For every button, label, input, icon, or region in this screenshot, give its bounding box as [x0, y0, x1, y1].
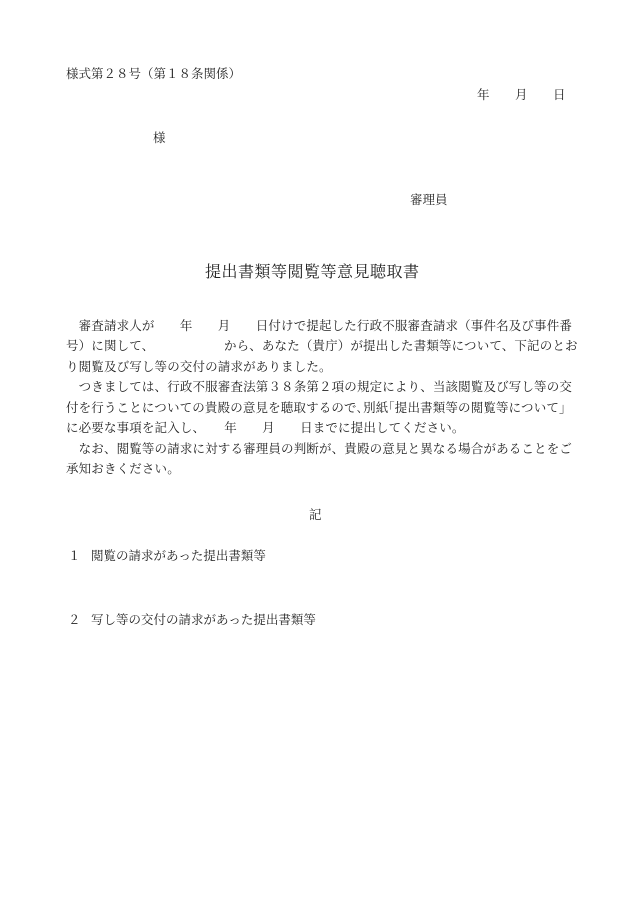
item-label: 閲覧の請求があった提出書類等 [91, 548, 266, 563]
body-line: 審査請求人が 年 月 日付けで提起した行政不服審査請求（事件名及び事件番 [66, 318, 572, 334]
body-line: 号）に関して、 から、あなた（貴庁）が提出した書類等について、下記のとお [66, 338, 578, 354]
body-line: り閲覧及び写し等の交付の請求がありました。 [66, 359, 332, 375]
date-month-label: 月 [515, 87, 528, 102]
body-line: なお、閲覧等の請求に対する審理員の判断が、貴殿の意見と異なる場合があることをご [66, 441, 572, 457]
document-title: 提出書類等閲覧等意見聴取書 [205, 262, 420, 282]
recipient-suffix: 様 [153, 130, 166, 145]
body-line: つきましては、行政不服審査法第３８条第２項の規定により、当該閲覧及び写し等の交 [66, 379, 572, 395]
item-label: 写し等の交付の請求があった提出書類等 [91, 612, 316, 627]
sender-title: 審理員 [410, 192, 448, 207]
date-year-label: 年 [477, 87, 490, 102]
form-number: 様式第２８号（第１８条関係） [66, 66, 241, 81]
item-number: ２ [68, 612, 81, 627]
body-line: 付を行うことについての貴殿の意見を聴取するので､別紙｢提出書類等の閲覧等について… [66, 400, 565, 416]
body-line: に必要な事項を記入し、 年 月 日までに提出してください。 [66, 420, 465, 436]
item-number: １ [68, 548, 81, 563]
body-line: 承知おきください。 [66, 461, 180, 477]
date-day-label: 日 [553, 87, 566, 102]
note-heading: 記 [309, 507, 322, 522]
